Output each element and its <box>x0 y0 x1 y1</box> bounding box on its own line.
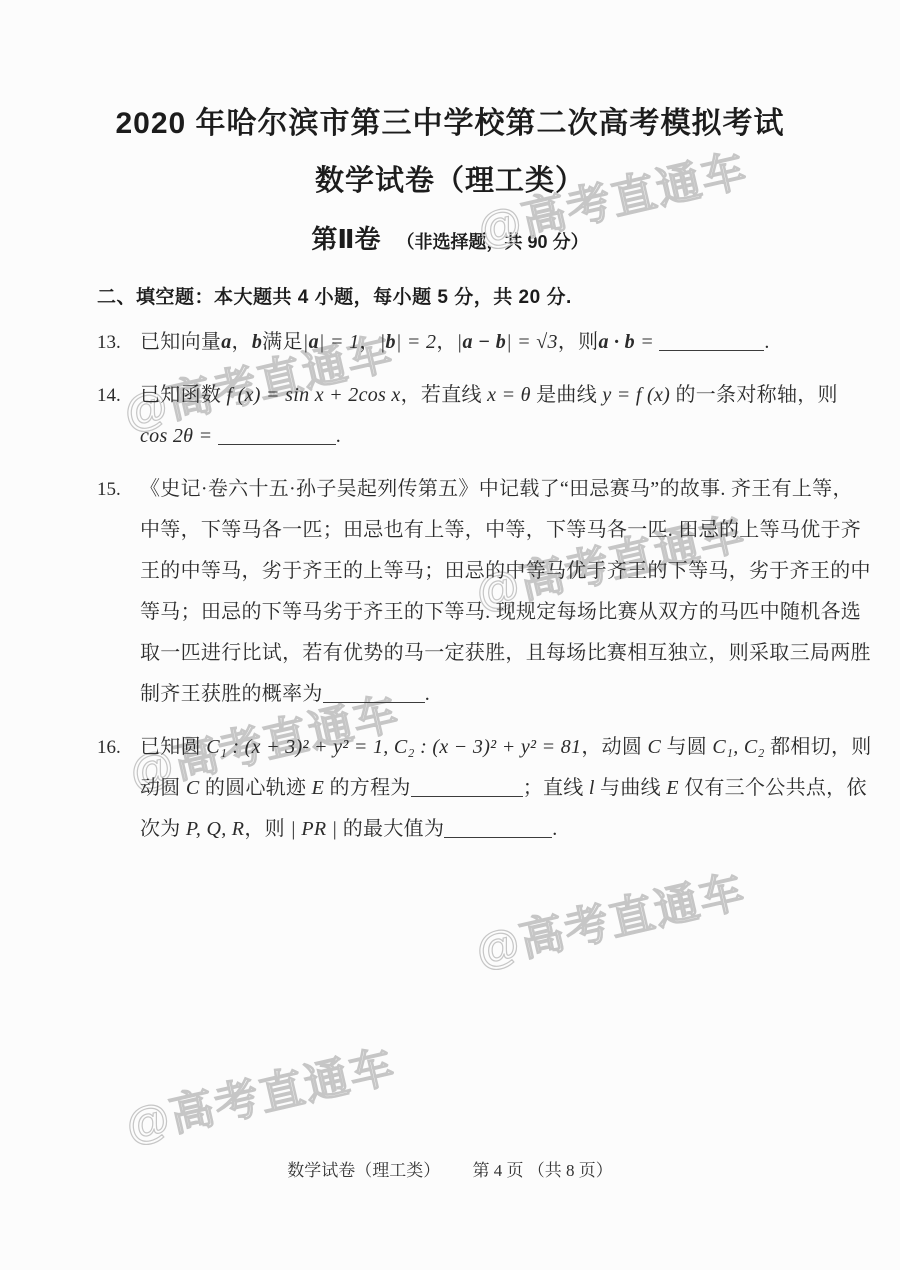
text-segment: . <box>764 331 769 353</box>
question-line: 等马；田忌的下等马劣于齐王的下等马. 现规定每场比赛从双方的马匹中随机各选 <box>140 592 812 633</box>
text-segment: 的一条对称轴，则 <box>670 384 838 406</box>
text-segment: 都相切，则 <box>765 736 872 758</box>
text-segment: 与圆 <box>661 736 712 758</box>
math-segment: y = f (x) <box>602 384 670 406</box>
math-segment: a − b <box>462 331 506 353</box>
math-segment: E <box>312 777 325 799</box>
question-text: 《史记·卷六十五·孙子吴起列传第五》中记载了“田忌赛马”的故事. 齐王有上等，中… <box>140 469 812 715</box>
question-line: 已知圆 C₁ : (x + 3)² + y² = 1, C₂ : (x − 3)… <box>140 727 812 768</box>
text-segment: 仅有三个公共点，依 <box>679 777 867 799</box>
text-segment: 《史记·卷六十五·孙子吴起列传第五》中记载了“田忌赛马”的故事. 齐王有上等， <box>140 478 853 500</box>
question-line: 《史记·卷六十五·孙子吴起列传第五》中记载了“田忌赛马”的故事. 齐王有上等， <box>140 469 812 510</box>
text-segment: 等马；田忌的下等马劣于齐王的下等马. 现规定每场比赛从双方的马匹中随机各选 <box>140 601 861 623</box>
math-segment: b <box>386 331 396 353</box>
math-segment: | = 2 <box>396 331 437 353</box>
question-line: 已知向量a，b满足|a| = 1，|b| = 2，|a − b| = √3，则a… <box>140 322 812 363</box>
math-segment: a <box>309 331 319 353</box>
text-segment: 已知函数 <box>140 384 227 406</box>
question-line: 动圆 C 的圆心轨迹 E 的方程为；直线 l 与曲线 E 仅有三个公共点，依 <box>140 768 812 809</box>
volume-note: （非选择题，共 90 分） <box>397 228 589 254</box>
question-line: 已知函数 f (x) = sin x + 2cos x，若直线 x = θ 是曲… <box>140 375 812 416</box>
footer-page-number: 第 4 页 （共 8 页） <box>473 1161 613 1180</box>
text-segment: 是曲线 <box>531 384 603 406</box>
question-number: 13. <box>97 322 121 363</box>
exam-title: 2020 年哈尔滨市第三中学校第二次高考模拟考试 <box>40 106 860 142</box>
text-segment: ， <box>436 331 456 353</box>
question-number: 15. <box>97 469 121 510</box>
section-header: 二、填空题：本大题共 4 小题，每小题 5 分，共 20 分. <box>97 286 812 310</box>
answer-blank <box>411 776 523 797</box>
text-segment: 与曲线 <box>595 777 667 799</box>
text-segment: 次为 <box>140 818 186 840</box>
math-segment: | = 1 <box>319 331 360 353</box>
text-segment: 的圆心轨迹 <box>200 777 312 799</box>
text-segment: 制齐王获胜的概率为 <box>140 683 323 705</box>
math-segment: E <box>666 777 679 799</box>
question-line: 取一匹进行比试，若有优势的马一定获胜，且每场比赛相互独立，则采取三局两胜 <box>140 633 812 674</box>
question-15: 15. 《史记·卷六十五·孙子吴起列传第五》中记载了“田忌赛马”的故事. 齐王有… <box>97 469 812 715</box>
text-segment: 中等，下等马各一匹；田忌也有上等，中等，下等马各一匹. 田忌的上等马优于齐 <box>140 519 861 541</box>
question-list: 13. 已知向量a，b满足|a| = 1，|b| = 2，|a − b| = √… <box>97 322 812 850</box>
math-segment: a · b <box>598 331 635 353</box>
text-segment: ，动圆 <box>581 736 647 758</box>
question-line: 中等，下等马各一匹；田忌也有上等，中等，下等马各一匹. 田忌的上等马优于齐 <box>140 510 812 551</box>
math-segment: C₁, C₂ <box>712 736 764 758</box>
volume-line: 第Ⅱ卷 （非选择题，共 90 分） <box>0 219 900 256</box>
text-segment: ；直线 <box>523 777 589 799</box>
math-segment: P, Q, R <box>186 818 244 840</box>
question-line: 王的中等马，劣于齐王的上等马；田忌的中等马优于齐王的下等马，劣于齐王的中 <box>140 551 812 592</box>
math-segment: C₁ : (x + 3)² + y² = 1, C₂ : (x − 3)² + … <box>206 736 581 758</box>
watermark-text: @高考直通车 <box>469 855 751 979</box>
text-segment: . <box>425 683 430 705</box>
exam-subtitle: 数学试卷（理工类） <box>0 164 900 198</box>
math-segment: f (x) = sin x + 2cos x <box>227 384 401 406</box>
text-segment: 王的中等马，劣于齐王的上等马；田忌的中等马优于齐王的下等马，劣于齐王的中 <box>140 560 871 582</box>
math-segment: | = √3 <box>506 331 558 353</box>
text-segment: 的方程为 <box>324 777 411 799</box>
math-segment: b <box>252 331 262 353</box>
answer-blank <box>444 817 552 838</box>
text-segment: . <box>336 425 341 447</box>
text-segment: 取一匹进行比试，若有优势的马一定获胜，且每场比赛相互独立，则采取三局两胜 <box>140 642 871 664</box>
text-segment: 满足 <box>262 331 303 353</box>
exam-paper-page: @高考直通车 @高考直通车 @高考直通车 @高考直通车 @高考直通车 @高考直通… <box>0 0 900 1270</box>
question-text: 已知函数 f (x) = sin x + 2cos x，若直线 x = θ 是曲… <box>140 375 812 457</box>
answer-blank <box>659 330 764 351</box>
math-segment: C <box>648 736 662 758</box>
question-16: 16. 已知圆 C₁ : (x + 3)² + y² = 1, C₂ : (x … <box>97 727 812 850</box>
text-segment: . <box>552 818 557 840</box>
question-line: 次为 P, Q, R，则 | PR | 的最大值为. <box>140 809 812 850</box>
page-footer: 数学试卷（理工类） 第 4 页 （共 8 页） <box>0 1156 900 1181</box>
math-segment: a <box>221 331 231 353</box>
question-text: 已知圆 C₁ : (x + 3)² + y² = 1, C₂ : (x − 3)… <box>140 727 812 850</box>
text-segment: 动圆 <box>140 777 186 799</box>
text-segment: ，则 <box>244 818 290 840</box>
answer-blank <box>323 682 425 703</box>
text-segment: 的最大值为 <box>337 818 444 840</box>
watermark-text: @高考直通车 <box>119 1030 401 1154</box>
question-14: 14. 已知函数 f (x) = sin x + 2cos x，若直线 x = … <box>97 375 812 457</box>
text-segment: 已知圆 <box>140 736 206 758</box>
footer-paper-name: 数学试卷（理工类） <box>287 1161 440 1180</box>
question-line: cos 2θ = . <box>140 416 812 457</box>
math-segment: = <box>635 331 659 353</box>
text-segment: ， <box>232 331 252 353</box>
math-segment: C <box>186 777 200 799</box>
answer-blank <box>218 424 336 445</box>
math-segment: | PR | <box>290 818 337 840</box>
question-line: 制齐王获胜的概率为. <box>140 674 812 715</box>
math-segment: x = θ <box>487 384 531 406</box>
text-segment: 已知向量 <box>140 331 221 353</box>
question-number: 16. <box>97 727 121 768</box>
text-segment: ， <box>359 331 379 353</box>
question-13: 13. 已知向量a，b满足|a| = 1，|b| = 2，|a − b| = √… <box>97 322 812 363</box>
text-segment: ，则 <box>558 331 599 353</box>
volume-label: 第Ⅱ卷 <box>311 219 380 256</box>
question-number: 14. <box>97 375 121 416</box>
math-segment: cos 2θ = <box>140 425 218 447</box>
text-segment: ，若直线 <box>401 384 488 406</box>
question-text: 已知向量a，b满足|a| = 1，|b| = 2，|a − b| = √3，则a… <box>140 322 812 363</box>
